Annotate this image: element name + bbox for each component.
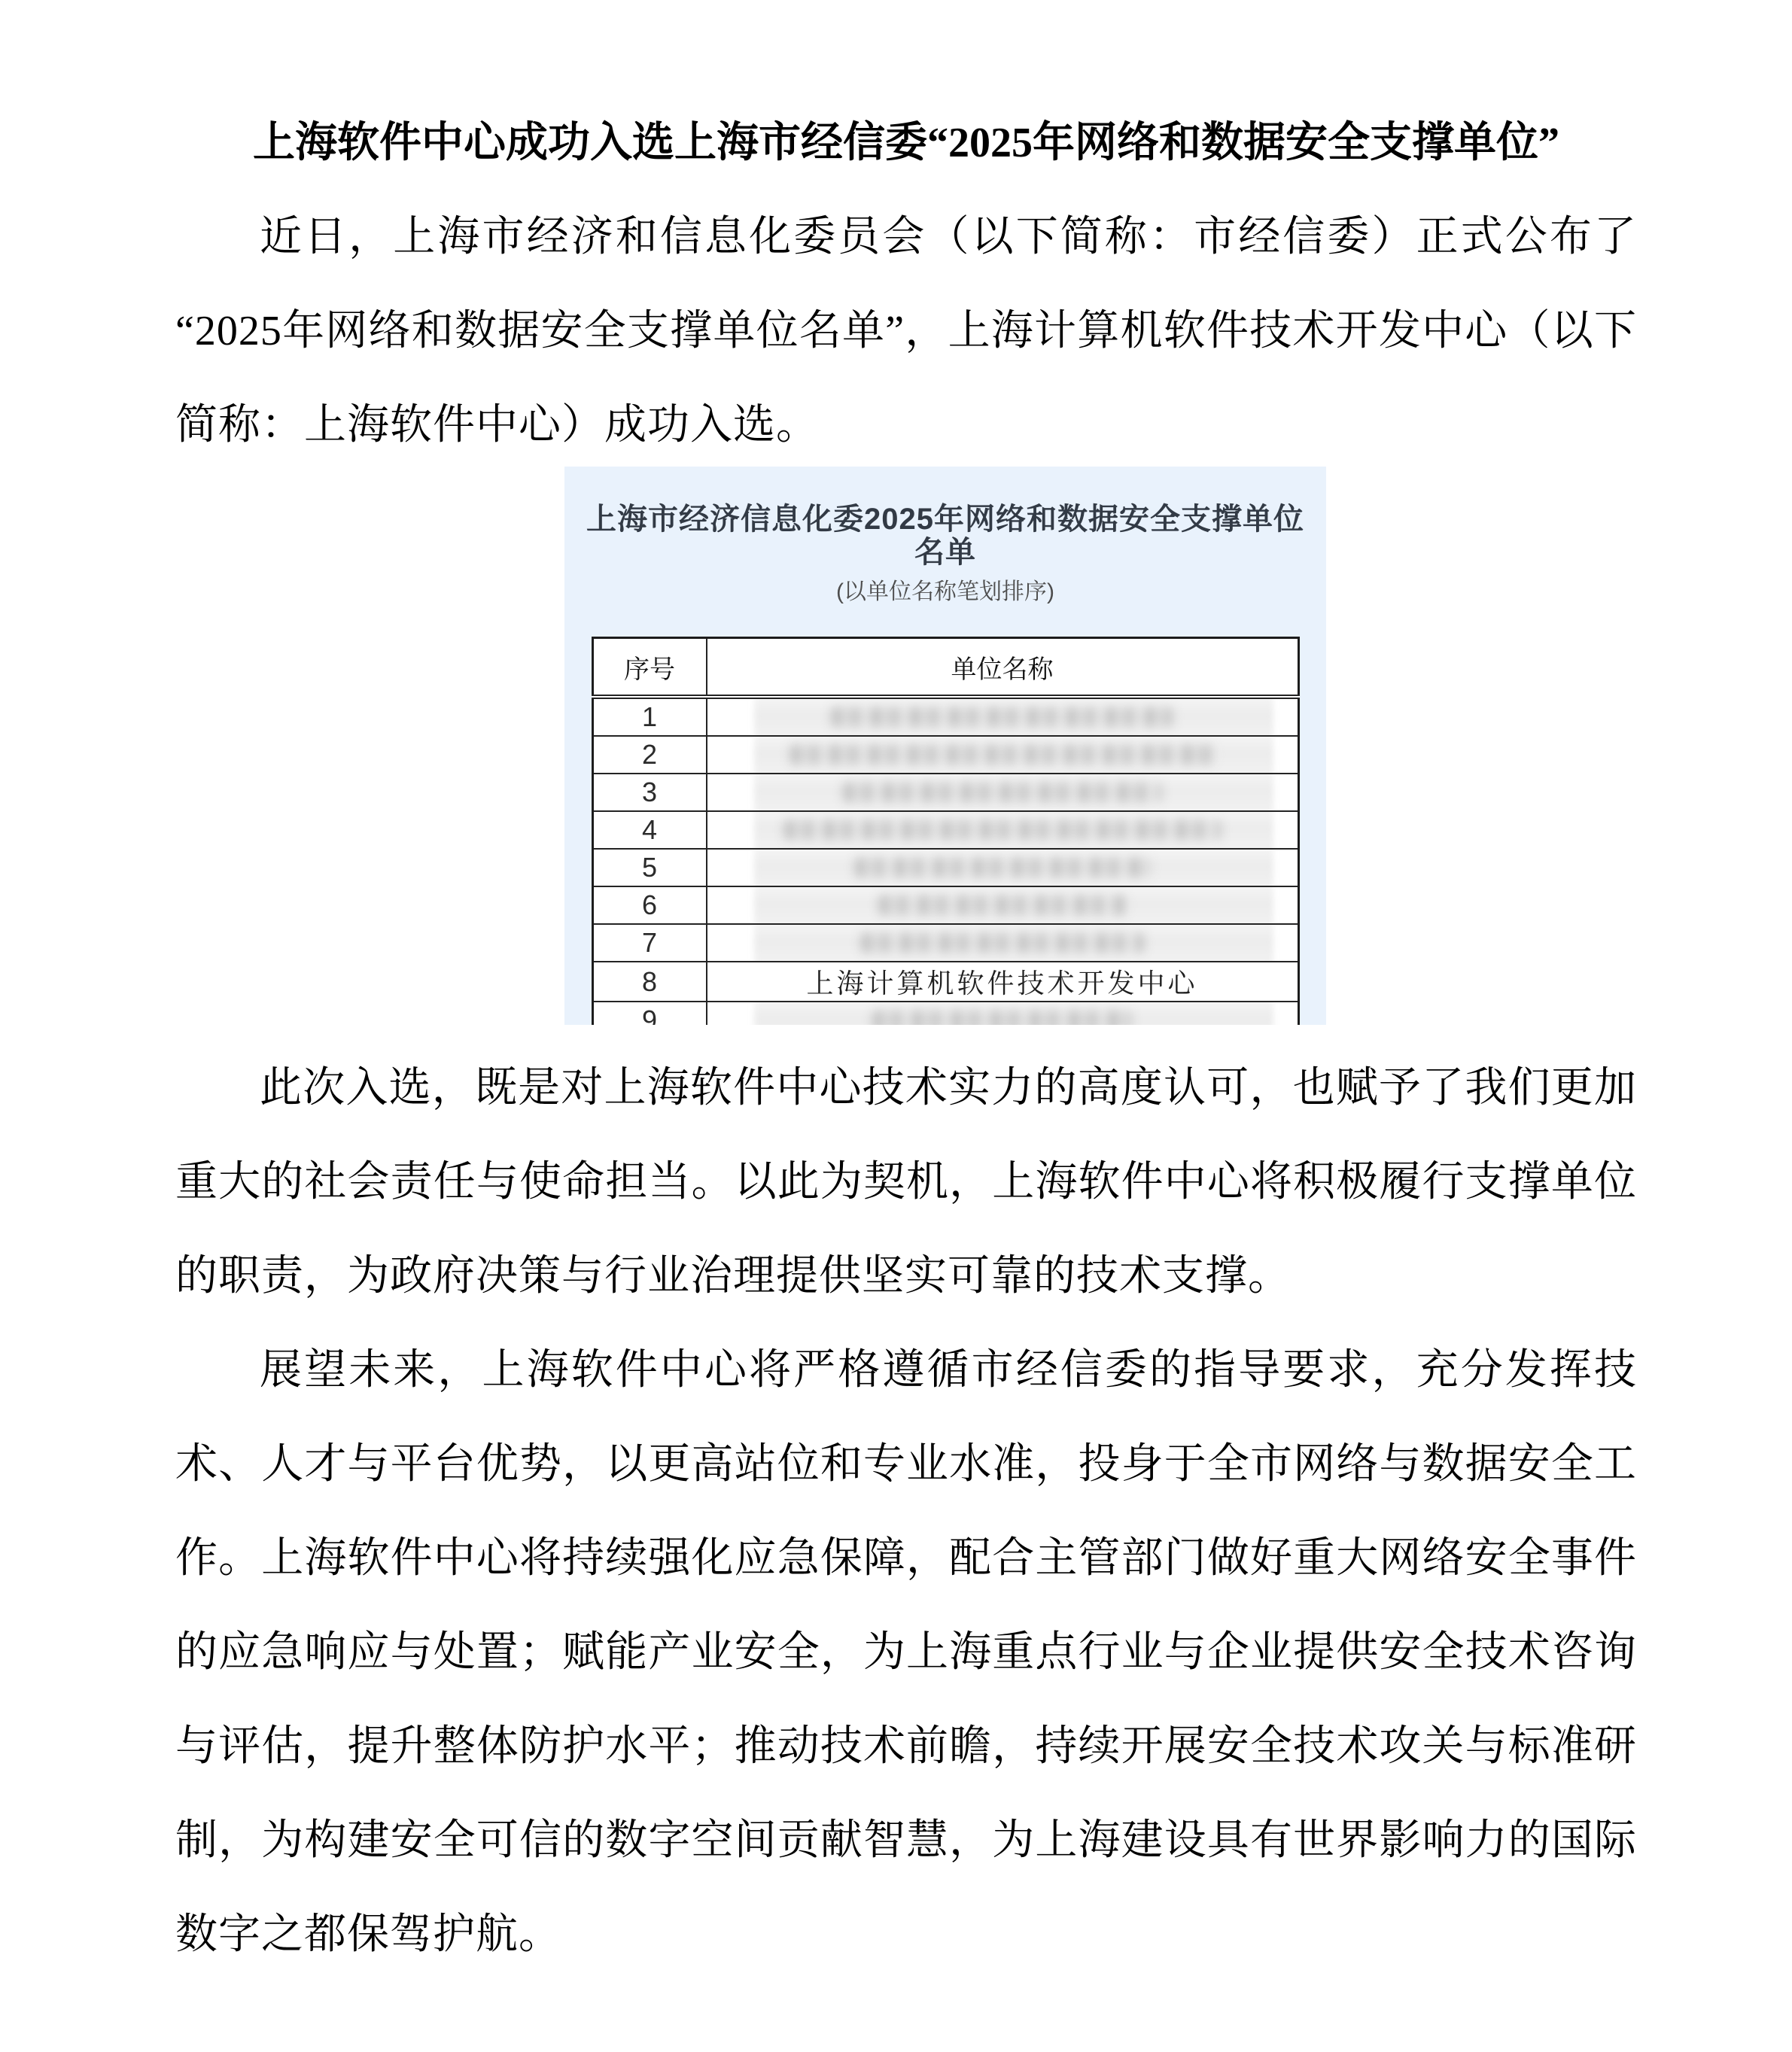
- paragraph-intro: 近日，上海市经济和信息化委员会（以下简称：市经信委）正式公布了“2025年网络和…: [175, 190, 1637, 473]
- row-number-cell: 3: [592, 774, 707, 811]
- unit-list-table: 序号 单位名称 12345678上海计算机软件技术开发中心910: [592, 637, 1300, 1025]
- notice-image-subtitle: (以单位名称笔划排序): [564, 579, 1326, 605]
- redacted-entry-blur: [860, 933, 1143, 953]
- header-col-unit-name: 单位名称: [707, 638, 1299, 698]
- table-row: 7: [592, 924, 1298, 962]
- unit-name-cell: 上海计算机软件技术开发中心: [707, 962, 1299, 1002]
- row-number-cell: 6: [592, 886, 707, 924]
- row-number-cell: 8: [592, 962, 707, 1002]
- document-title: 上海软件中心成功入选上海市经信委“2025年网络和数据安全支撑单位”: [175, 96, 1637, 190]
- unit-name-cell: [707, 811, 1299, 849]
- row-number-cell: 7: [592, 924, 707, 962]
- document-page: 上海软件中心成功入选上海市经信委“2025年网络和数据安全支撑单位” 近日，上海…: [0, 0, 1792, 2052]
- unit-name-text: 上海计算机软件技术开发中心: [806, 968, 1197, 999]
- unit-name-cell: [707, 886, 1299, 924]
- row-number-cell: 1: [592, 697, 707, 736]
- redacted-entry-blur: [855, 858, 1150, 877]
- notice-image-title: 上海市经济信息化委2025年网络和数据安全支撑单位名单: [580, 503, 1311, 569]
- table-row: 4: [592, 811, 1298, 849]
- row-number-cell: 4: [592, 811, 707, 849]
- unit-table-body: 12345678上海计算机软件技术开发中心910: [592, 697, 1298, 1025]
- table-row: 3: [592, 774, 1298, 811]
- row-number-cell: 9: [592, 1002, 707, 1025]
- redacted-entry-blur: [878, 895, 1126, 915]
- redacted-entry-blur: [843, 783, 1161, 802]
- paragraph-outlook: 展望未来，上海软件中心将严格遵循市经信委的指导要求，充分发挥技术、人才与平台优势…: [175, 1324, 1637, 1982]
- paragraph-significance: 此次入选，既是对上海软件中心技术实力的高度认可，也赋予了我们更加重大的社会责任与…: [175, 1041, 1637, 1324]
- row-number-cell: 2: [592, 736, 707, 774]
- unit-name-cell: [707, 736, 1299, 774]
- table-row: 6: [592, 886, 1298, 924]
- redacted-entry-blur: [783, 820, 1220, 840]
- unit-name-cell: [707, 1002, 1299, 1025]
- header-col-number: 序号: [592, 638, 707, 698]
- unit-name-cell: [707, 774, 1299, 811]
- redacted-entry-blur: [872, 1011, 1132, 1025]
- row-number-cell: 5: [592, 849, 707, 886]
- table-row: 8上海计算机软件技术开发中心: [592, 962, 1298, 1002]
- unit-name-cell: [707, 924, 1299, 962]
- unit-name-cell: [707, 849, 1299, 886]
- table-row: 2: [592, 736, 1298, 774]
- notice-image: 上海市经济信息化委2025年网络和数据安全支撑单位名单 (以单位名称笔划排序) …: [564, 467, 1326, 1025]
- unit-name-cell: [707, 697, 1299, 736]
- redacted-entry-blur: [831, 707, 1173, 727]
- table-row: 5: [592, 849, 1298, 886]
- table-row: 9: [592, 1002, 1298, 1025]
- redacted-entry-blur: [790, 745, 1214, 765]
- table-header-row: 序号 单位名称: [592, 638, 1298, 698]
- table-row: 1: [592, 697, 1298, 736]
